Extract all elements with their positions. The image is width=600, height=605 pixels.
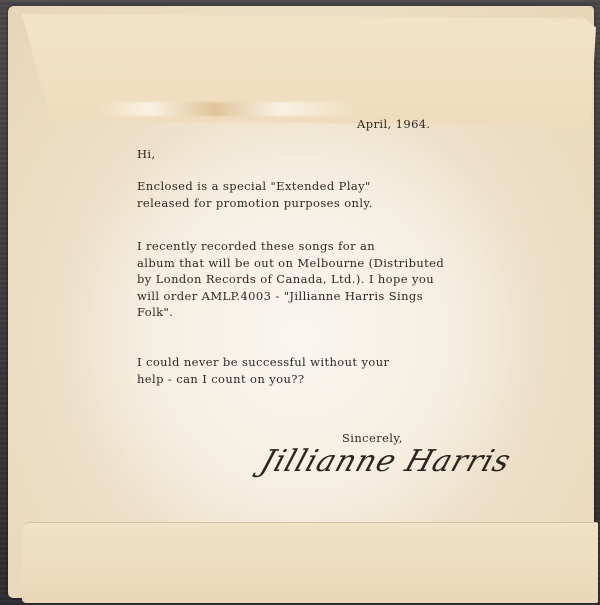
paragraph-extended-play: Enclosed is a special "Extended Play" re… bbox=[137, 178, 497, 211]
handwritten-signature: Jillianne Harris bbox=[256, 444, 515, 479]
letter-greeting: Hi, bbox=[137, 146, 156, 163]
paragraph-album-info: I recently recorded these songs for an a… bbox=[137, 238, 497, 321]
paragraph-request: I could never be successful without your… bbox=[137, 354, 497, 387]
letter-date: April, 1964. bbox=[357, 116, 431, 133]
flap-wear-mark bbox=[98, 102, 358, 116]
bottom-flap bbox=[22, 522, 598, 603]
